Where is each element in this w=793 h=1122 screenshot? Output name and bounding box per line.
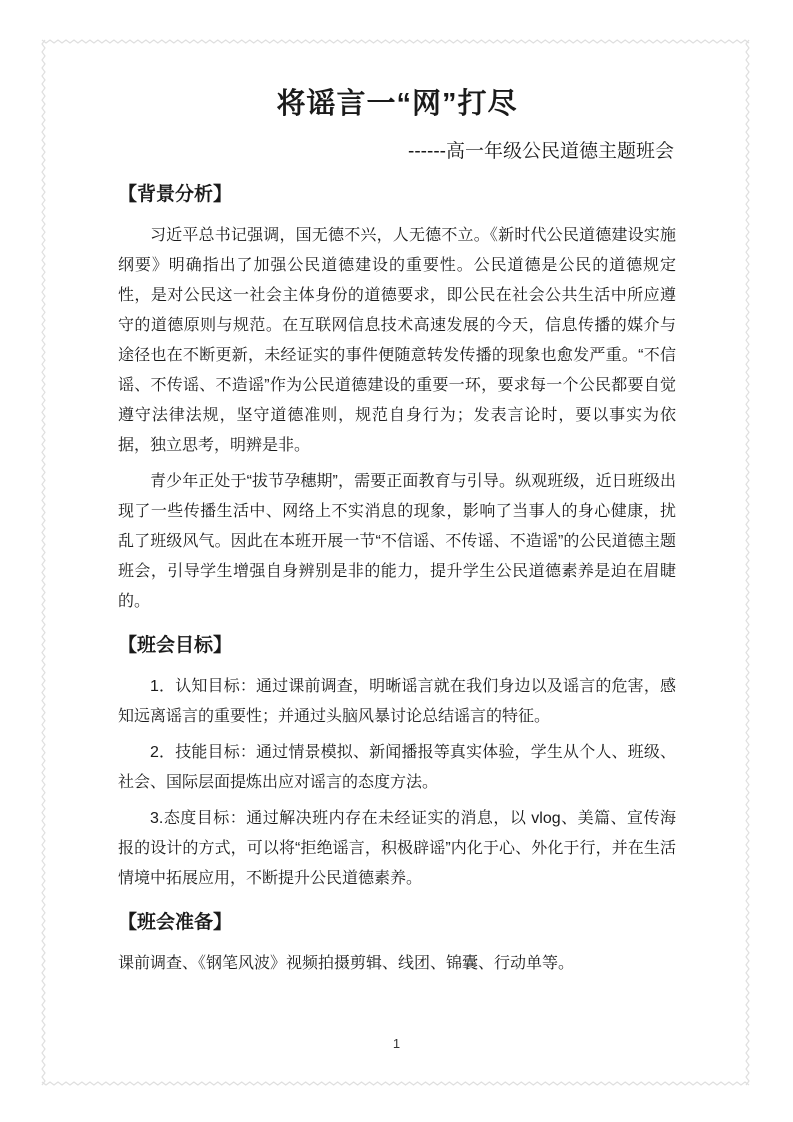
document-subtitle: ------高一年级公民道德主题班会 xyxy=(118,138,676,166)
background-paragraph-2: 青少年正处于“拔节孕穗期”，需要正面教育与引导。纵观班级，近日班级出现了一些传播… xyxy=(118,467,676,617)
document-title: 将谣言一“网”打尽 xyxy=(118,86,676,122)
goal-item-skill: 2．技能目标：通过情景模拟、新闻播报等真实体验，学生从个人、班级、社会、国际层面… xyxy=(118,738,676,798)
preparation-paragraph: 课前调查、《钢笔风波》视频拍摄剪辑、线团、锦囊、行动单等。 xyxy=(118,949,676,979)
section-heading-meeting-goals: 【班会目标】 xyxy=(118,632,676,659)
goal-item-attitude: 3.态度目标：通过解决班内存在未经证实的消息，以 vlog、美篇、宣传海报的设计… xyxy=(118,804,676,894)
section-heading-background-analysis: 【背景分析】 xyxy=(118,181,676,208)
goal-item-cognitive: 1．认知目标：通过课前调查，明晰谣言就在我们身边以及谣言的危害，感知远离谣言的重… xyxy=(118,672,676,732)
document-content: 将谣言一“网”打尽 ------高一年级公民道德主题班会 【背景分析】 习近平总… xyxy=(118,86,676,985)
section-heading-meeting-preparation: 【班会准备】 xyxy=(118,909,676,936)
background-paragraph-1: 习近平总书记强调，国无德不兴，人无德不立。《新时代公民道德建设实施纲要》明确指出… xyxy=(118,221,676,461)
page-number: 1 xyxy=(0,1036,793,1051)
